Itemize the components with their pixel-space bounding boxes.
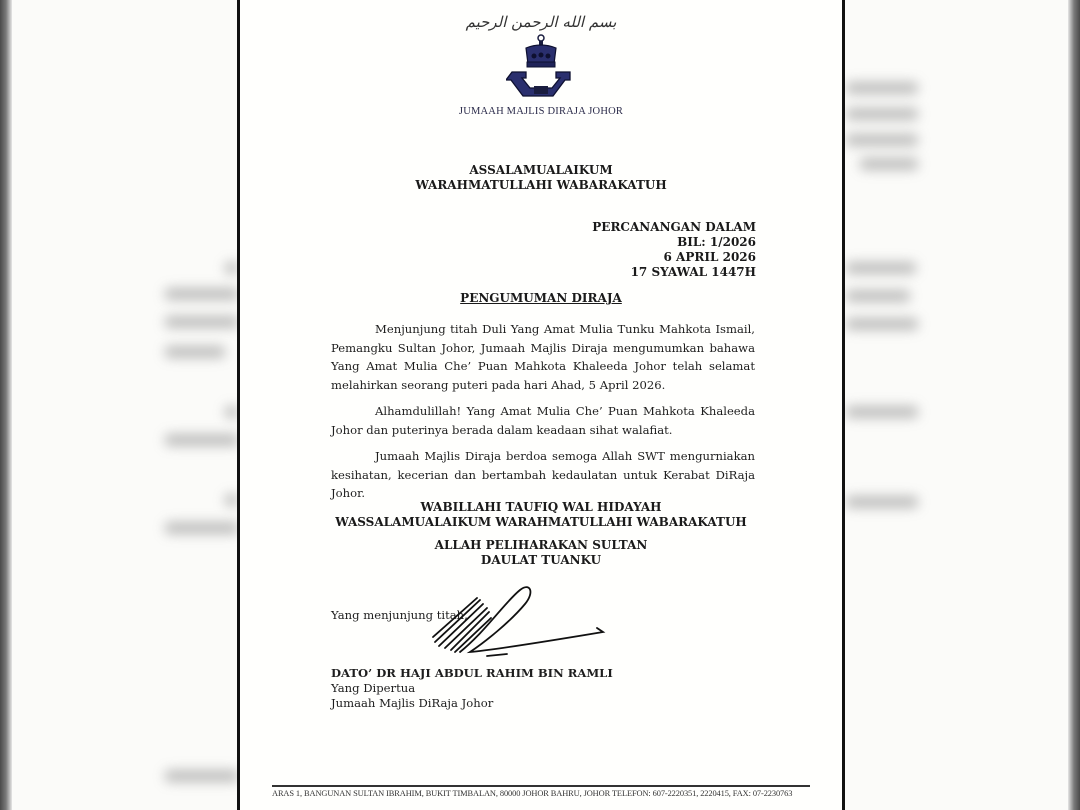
body-paragraph: Jumaah Majlis Diraja berdoa semoga Allah… <box>331 447 755 503</box>
body-paragraph: Menjunjung titah Duli Yang Amat Mulia Tu… <box>331 320 755 394</box>
handwritten-signature-icon <box>425 582 625 662</box>
background-blur <box>165 346 225 358</box>
background-blur <box>846 82 918 94</box>
signatory-block: DATO’ DR HAJI ABDUL RAHIM BIN RAMLI Yang… <box>331 666 613 711</box>
background-blur <box>165 288 239 300</box>
reference-date: 6 APRIL 2026 <box>592 250 756 265</box>
greeting-line: ASSALAMUALAIKUM <box>240 163 842 178</box>
background-blur <box>165 434 239 446</box>
greeting: ASSALAMUALAIKUM WARAHMATULLAHI WABARAKAT… <box>240 163 842 193</box>
background-blur <box>846 318 918 330</box>
background-blur <box>165 770 239 782</box>
organization-name: JUMAAH MAJLIS DIRAJA JOHOR <box>240 106 842 117</box>
royal-crown-crest-icon <box>506 34 576 104</box>
bismillah-calligraphy: بسم الله الرحمن الرحيم <box>240 10 842 34</box>
body-paragraph: Alhamdulillah! Yang Amat Mulia Che’ Puan… <box>331 402 755 439</box>
footer-divider <box>272 785 810 787</box>
closing-line: DAULAT TUANKU <box>240 553 842 568</box>
background-edge-right <box>1068 0 1080 810</box>
footer-address: ARAS 1, BANGUNAN SULTAN IBRAHIM, BUKIT T… <box>272 789 814 798</box>
reference-block: PERCANANGAN DALAM BIL: 1/2026 6 APRIL 20… <box>592 220 756 280</box>
background-blur <box>860 158 918 170</box>
background-blur <box>846 108 918 120</box>
background-blur <box>846 134 918 146</box>
royal-salute: ALLAH PELIHARAKAN SULTAN DAULAT TUANKU <box>240 538 842 568</box>
reference-number: BIL: 1/2026 <box>592 235 756 250</box>
background-blur <box>846 290 910 302</box>
letterhead: بسم الله الرحمن الرحيم JUMAAH MAJLIS DIR… <box>240 10 842 117</box>
greeting-line: WARAHMATULLAHI WABARAKATUH <box>240 178 842 193</box>
announcement-title: PENGUMUMAN DIRAJA <box>240 291 842 305</box>
closing-line: WABILLAHI TAUFIQ WAL HIDAYAH <box>240 500 842 515</box>
signatory-name: DATO’ DR HAJI ABDUL RAHIM BIN RAMLI <box>331 666 613 681</box>
closing-line: WASSALAMUALAIKUM WARAHMATULLAHI WABARAKA… <box>240 515 842 530</box>
background-blur <box>846 406 918 418</box>
signatory-title: Yang Dipertua <box>331 681 613 696</box>
reference-hijri-date: 17 SYAWAL 1447H <box>592 265 756 280</box>
signatory-organization: Jumaah Majlis DiRaja Johor <box>331 696 613 711</box>
announcement-letter: بسم الله الرحمن الرحيم JUMAAH MAJLIS DIR… <box>237 0 845 810</box>
photo-stage: بسم الله الرحمن الرحيم JUMAAH MAJLIS DIR… <box>0 0 1080 810</box>
background-edge-left <box>0 0 12 810</box>
reference-type: PERCANANGAN DALAM <box>592 220 756 235</box>
background-blur <box>846 262 916 274</box>
background-blur <box>165 316 239 328</box>
closing-line: ALLAH PELIHARAKAN SULTAN <box>240 538 842 553</box>
closing-salutation: WABILLAHI TAUFIQ WAL HIDAYAH WASSALAMUAL… <box>240 500 842 530</box>
background-blur <box>846 496 918 508</box>
background-blur <box>165 522 239 534</box>
